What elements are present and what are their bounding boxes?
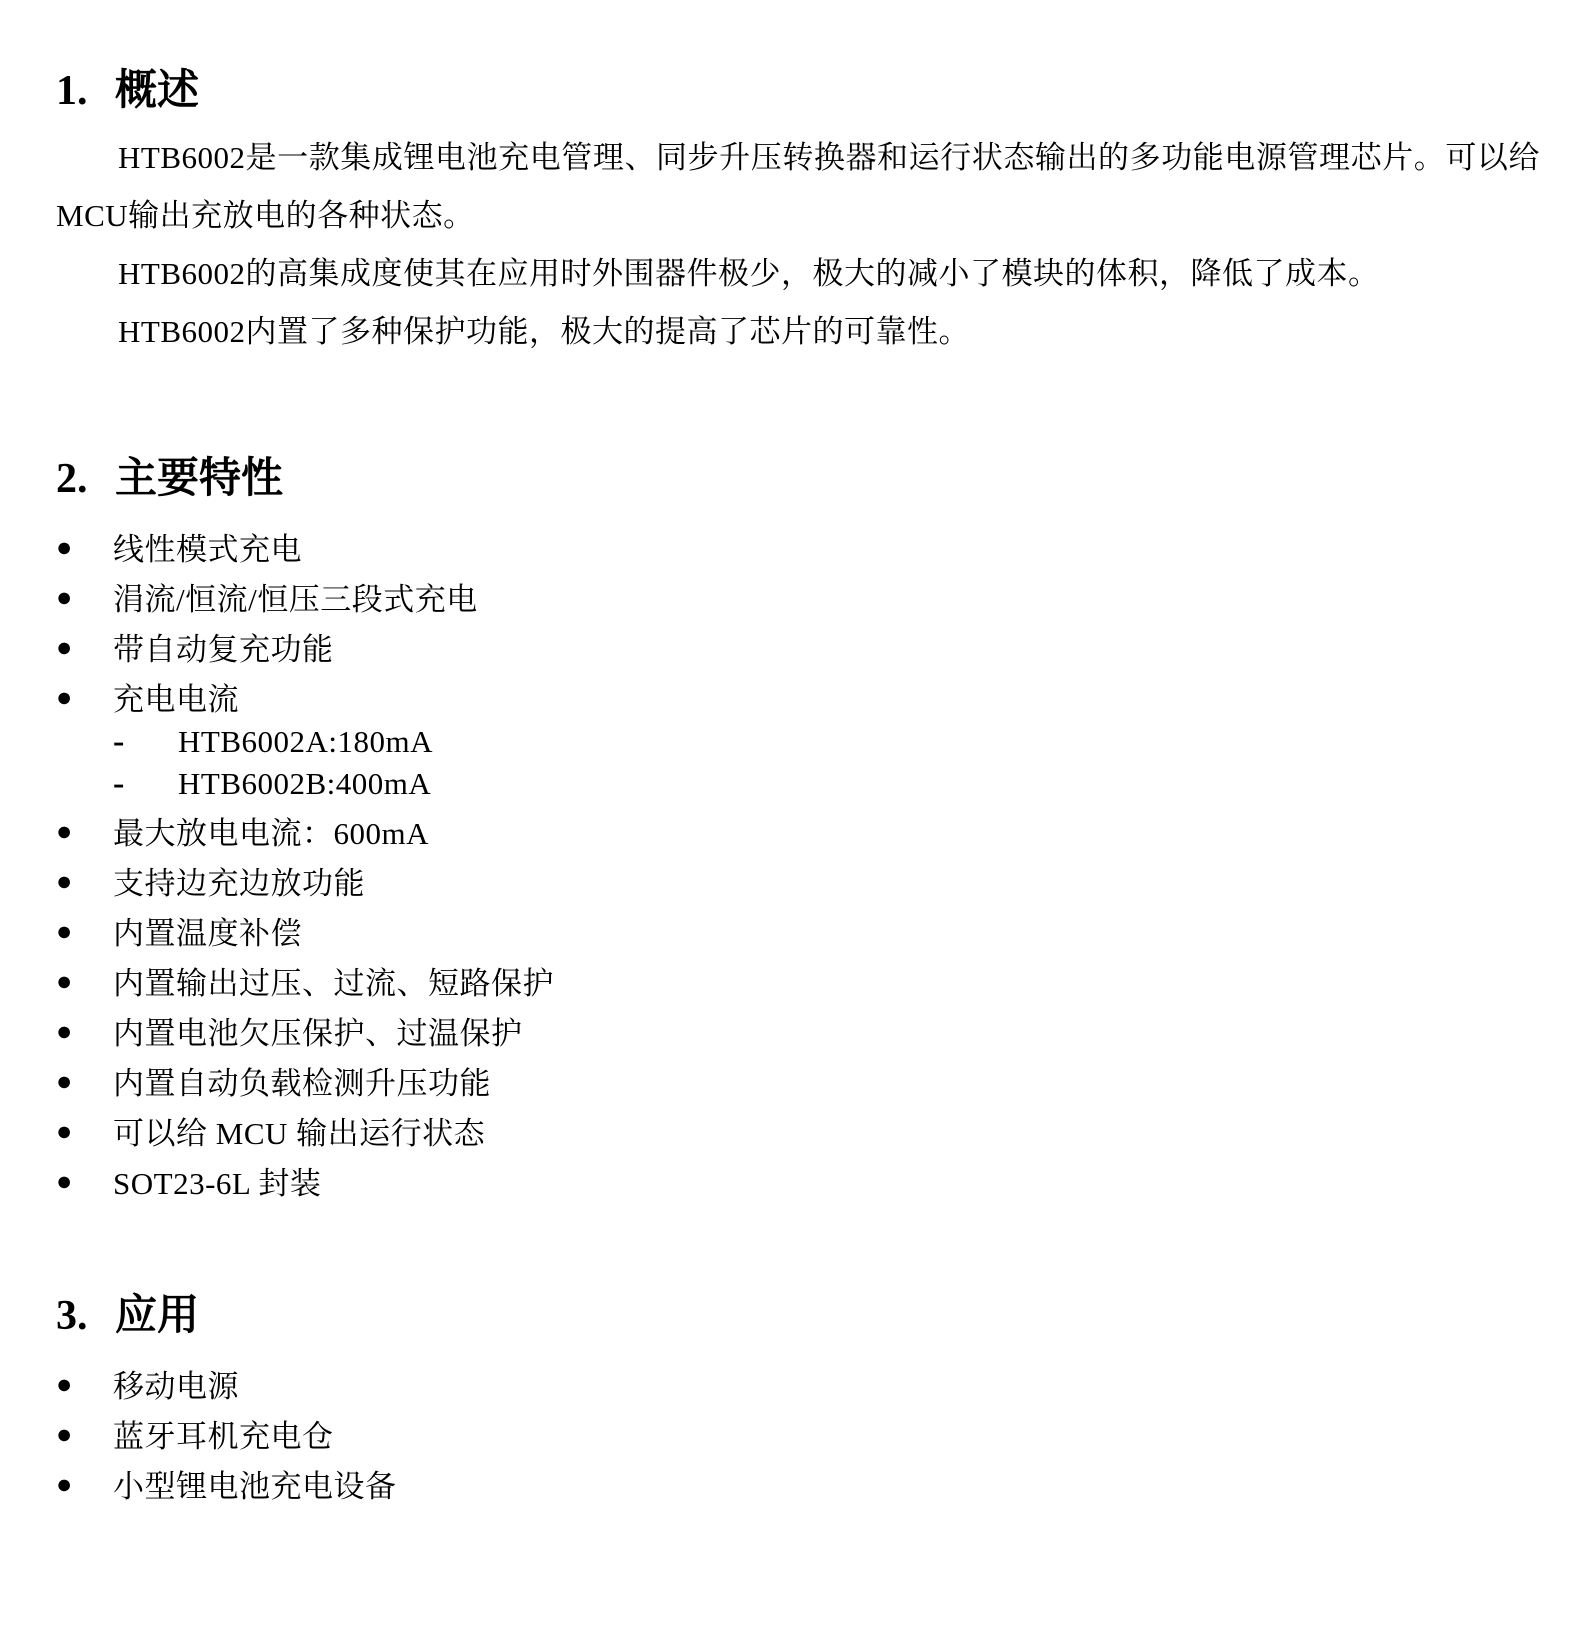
bullet-dot-icon: ● — [56, 966, 113, 995]
application-item-label: 蓝牙耳机充电仓 — [113, 1411, 334, 1456]
bullet-dot-icon: ● — [56, 1016, 113, 1045]
charge-current-sub-item: - HTB6002A:180mA — [56, 721, 1540, 763]
bullet-dot-icon: ● — [56, 582, 113, 611]
paragraph: HTB6002内置了多种保护功能，极大的提高了芯片的可靠性。 — [56, 303, 1540, 361]
section-heading: 3. 应用 — [56, 1290, 1540, 1342]
application-item: ● 移动电源 — [56, 1358, 1540, 1408]
features-list: ● 线性模式充电 ● 涓流/恒流/恒压三段式充电 ● 带自动复充功能 ● 充电电… — [56, 521, 1540, 1205]
feature-item: ● 最大放电电流：600mA — [56, 805, 1540, 855]
bullet-dot-icon: ● — [56, 866, 113, 895]
section-title: 主要特性 — [115, 453, 283, 505]
feature-item: ● SOT23-6L 封装 — [56, 1155, 1540, 1205]
section-features: 2. 主要特性 ● 线性模式充电 ● 涓流/恒流/恒压三段式充电 ● 带自动复充… — [56, 453, 1540, 1205]
feature-item-label: 内置电池欠压保护、过温保护 — [113, 1008, 523, 1053]
feature-item: ● 内置电池欠压保护、过温保护 — [56, 1005, 1540, 1055]
applications-list: ● 移动电源 ● 蓝牙耳机充电仓 ● 小型锂电池充电设备 — [56, 1358, 1540, 1508]
section-overview: 1. 概述 HTB6002是一款集成锂电池充电管理、同步升压转换器和运行状态输出… — [56, 65, 1540, 361]
feature-item: ● 带自动复充功能 — [56, 621, 1540, 671]
bullet-dot-icon: ● — [56, 532, 113, 561]
charge-current-sub-item: - HTB6002B:400mA — [56, 763, 1540, 805]
dash-icon: - — [113, 767, 178, 801]
section-title: 应用 — [115, 1290, 199, 1342]
feature-item: ● 线性模式充电 — [56, 521, 1540, 571]
section-title: 概述 — [115, 65, 199, 117]
feature-item-label: 可以给 MCU 输出运行状态 — [113, 1108, 485, 1153]
bullet-dot-icon: ● — [56, 1166, 113, 1195]
paragraph: HTB6002是一款集成锂电池充电管理、同步升压转换器和运行状态输出的多功能电源… — [56, 129, 1540, 245]
feature-item-label: 内置温度补偿 — [113, 908, 302, 953]
feature-item-label: 支持边充边放功能 — [113, 858, 365, 903]
feature-item-label: 涓流/恒流/恒压三段式充电 — [113, 574, 478, 619]
feature-item-label: 最大放电电流：600mA — [113, 808, 429, 853]
feature-item-label: 内置输出过压、过流、短路保护 — [113, 958, 554, 1003]
feature-item: ● 内置自动负载检测升压功能 — [56, 1055, 1540, 1105]
bullet-dot-icon: ● — [56, 1469, 113, 1498]
feature-item-label: 线性模式充电 — [113, 524, 302, 569]
bullet-dot-icon: ● — [56, 682, 113, 711]
application-item: ● 蓝牙耳机充电仓 — [56, 1408, 1540, 1458]
paragraph: HTB6002的高集成度使其在应用时外围器件极少，极大的减小了模块的体积，降低了… — [56, 245, 1540, 303]
application-item: ● 小型锂电池充电设备 — [56, 1458, 1540, 1508]
feature-item: ● 可以给 MCU 输出运行状态 — [56, 1105, 1540, 1155]
feature-item-label: 充电电流 — [113, 674, 239, 719]
overview-paragraphs: HTB6002是一款集成锂电池充电管理、同步升压转换器和运行状态输出的多功能电源… — [56, 129, 1540, 361]
section-number: 2. — [56, 453, 115, 505]
bullet-dot-icon: ● — [56, 1066, 113, 1095]
feature-item: ● 支持边充边放功能 — [56, 855, 1540, 905]
feature-item-label: SOT23-6L 封装 — [113, 1158, 321, 1203]
section-applications: 3. 应用 ● 移动电源 ● 蓝牙耳机充电仓 ● 小型锂电池充电设备 — [56, 1290, 1540, 1508]
section-heading: 1. 概述 — [56, 65, 1540, 117]
feature-item-label: 带自动复充功能 — [113, 624, 334, 669]
feature-item: ● 涓流/恒流/恒压三段式充电 — [56, 571, 1540, 621]
section-heading: 2. 主要特性 — [56, 453, 1540, 505]
bullet-dot-icon: ● — [56, 1419, 113, 1448]
feature-item: ● 内置温度补偿 — [56, 905, 1540, 955]
bullet-dot-icon: ● — [56, 916, 113, 945]
sub-item-label: HTB6002B:400mA — [178, 766, 431, 802]
bullet-dot-icon: ● — [56, 816, 113, 845]
feature-item: ● 充电电流 — [56, 671, 1540, 721]
section-number: 3. — [56, 1290, 115, 1342]
feature-item: ● 内置输出过压、过流、短路保护 — [56, 955, 1540, 1005]
sub-item-label: HTB6002A:180mA — [178, 724, 433, 760]
feature-item-label: 内置自动负载检测升压功能 — [113, 1058, 491, 1103]
document-page: 1. 概述 HTB6002是一款集成锂电池充电管理、同步升压转换器和运行状态输出… — [0, 0, 1596, 1628]
dash-icon: - — [113, 725, 178, 759]
bullet-dot-icon: ● — [56, 1116, 113, 1145]
bullet-dot-icon: ● — [56, 632, 113, 661]
bullet-dot-icon: ● — [56, 1369, 113, 1398]
application-item-label: 小型锂电池充电设备 — [113, 1461, 397, 1506]
section-number: 1. — [56, 65, 115, 117]
application-item-label: 移动电源 — [113, 1361, 239, 1406]
